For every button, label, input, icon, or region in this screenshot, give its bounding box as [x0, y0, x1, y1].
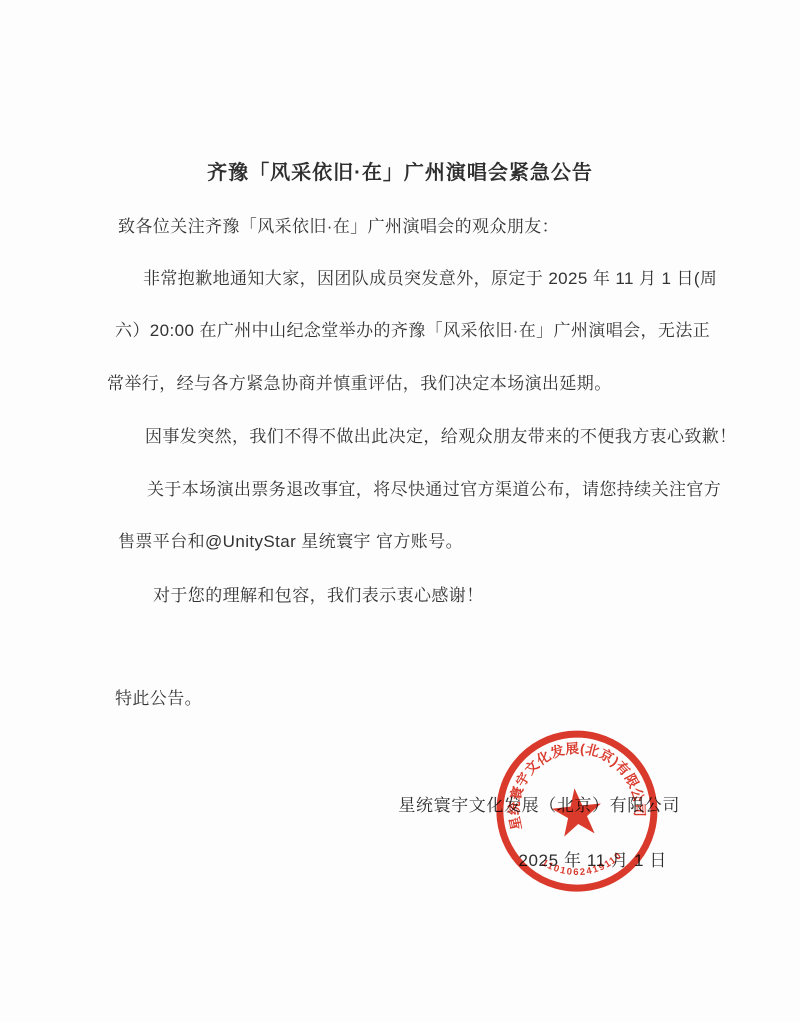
paragraph-1-line-2: 六）20:00 在广州中山纪念堂举办的齐豫「风采依旧·在」广州演唱会，无法正 — [115, 319, 710, 343]
greeting-line: 致各位关注齐豫「风采依旧·在」广州演唱会的观众朋友： — [118, 215, 559, 239]
paragraph-3-line-1: 关于本场演出票务退改事宜，将尽快通过官方渠道公布，请您持续关注官方 — [147, 478, 721, 502]
paragraph-3-line-2: 售票平台和@UnityStar 星统寰宇 官方账号。 — [118, 530, 463, 554]
closing-line: 特此公告。 — [115, 687, 202, 711]
paragraph-4: 对于您的理解和包容，我们表示衷心感谢！ — [153, 584, 484, 608]
paragraph-1-line-1: 非常抱歉地通知大家，因团队成员突发意外，原定于 2025 年 11 月 1 日(… — [143, 267, 717, 291]
company-seal: 星统寰宇文化发展(北京)有限公司 1101062419110 — [483, 717, 672, 906]
announcement-document: 齐豫「风采依旧·在」广州演唱会紧急公告 致各位关注齐豫「风采依旧·在」广州演唱会… — [0, 0, 800, 1022]
paragraph-2: 因事发突然，我们不得不做出此决定，给观众朋友带来的不便我方衷心致歉！ — [145, 425, 737, 449]
red-star-icon — [550, 786, 604, 838]
page-title: 齐豫「风采依旧·在」广州演唱会紧急公告 — [0, 156, 800, 185]
paragraph-1-line-3: 常举行，经与各方紧急协商并慎重评估，我们决定本场演出延期。 — [107, 372, 612, 396]
